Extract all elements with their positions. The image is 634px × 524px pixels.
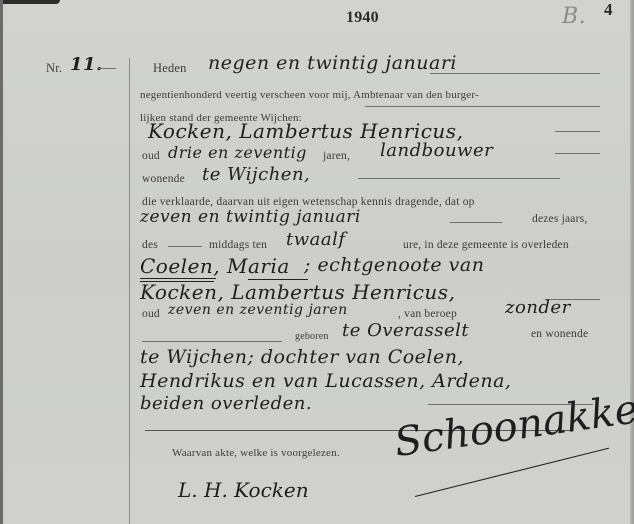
hand-declarant-occupation: landbouwer bbox=[380, 140, 493, 161]
hand-residence-parents: te Wijchen; dochter van Coelen, bbox=[140, 346, 464, 368]
hand-spouse-name: Kocken, Lambertus Henricus, bbox=[140, 280, 455, 304]
rule bbox=[168, 246, 202, 247]
text-jaren: jaren, bbox=[323, 150, 350, 162]
scanned-record-page: 1940 B. 4 Nr. 11. Heden negen en twintig… bbox=[0, 0, 634, 524]
text-line-9-rest: ure, in deze gemeente is overleden bbox=[403, 239, 569, 251]
rule bbox=[98, 68, 116, 69]
text-line-2: negentienhonderd veertig verscheen voor … bbox=[140, 89, 479, 101]
rule bbox=[358, 178, 560, 179]
hand-death-hour: twaalf bbox=[286, 229, 346, 250]
hand-deceased-occupation: zonder bbox=[505, 297, 571, 318]
hand-parents-names: Hendrikus en van Lucassen, Ardena, bbox=[140, 370, 511, 392]
hand-parents-deceased: beiden overleden. bbox=[140, 393, 312, 414]
page-right-edge bbox=[630, 0, 634, 524]
page-number: 4 bbox=[604, 0, 613, 20]
text-des: des bbox=[142, 239, 158, 251]
margin-rule bbox=[129, 58, 130, 524]
underline bbox=[140, 278, 216, 279]
hand-declarant-age: drie en zeventig bbox=[168, 143, 307, 162]
signature-declarant: L. H. Kocken bbox=[178, 478, 309, 502]
record-number: 11. bbox=[70, 54, 103, 75]
text-geboren: geboren bbox=[295, 331, 329, 342]
hand-deceased-name: Coelen, Maria bbox=[140, 254, 290, 278]
rule bbox=[555, 131, 600, 132]
scan-shadow bbox=[0, 0, 60, 4]
text-van-beroep: , van beroep bbox=[398, 308, 457, 320]
text-closing: Waarvan akte, welke is voorgelezen. bbox=[172, 447, 340, 459]
rule bbox=[430, 73, 600, 74]
text-en-wonende: en wonende bbox=[531, 328, 588, 340]
text-oud-2: oud bbox=[142, 308, 160, 320]
text-dezes-jaars: dezes jaars, bbox=[532, 213, 587, 225]
rule bbox=[450, 222, 502, 223]
rule bbox=[555, 153, 600, 154]
page-left-edge bbox=[0, 0, 3, 524]
record-number-label: Nr. bbox=[46, 61, 62, 76]
hand-date-today: negen en twintig januari bbox=[208, 52, 457, 74]
hand-deceased-relation: ; echtgenoote van bbox=[304, 254, 484, 276]
hand-declarant-residence: te Wijchen, bbox=[202, 164, 310, 185]
text-heden: Heden bbox=[153, 61, 187, 76]
record-year: 1940 bbox=[346, 9, 379, 27]
text-wonende: wonende bbox=[142, 173, 185, 185]
text-middags-ten: middags ten bbox=[209, 239, 267, 251]
rule bbox=[142, 341, 282, 342]
hand-birthplace: te Overasselt bbox=[342, 320, 469, 341]
signature-official: Schoonakker. bbox=[392, 382, 634, 466]
hand-deceased-age: zeven en zeventig jaren bbox=[168, 302, 348, 318]
text-oud: oud bbox=[142, 150, 160, 162]
rule bbox=[365, 106, 600, 107]
pencil-mark: B. bbox=[562, 4, 586, 29]
hand-death-date: zeven en twintig januari bbox=[140, 207, 361, 227]
